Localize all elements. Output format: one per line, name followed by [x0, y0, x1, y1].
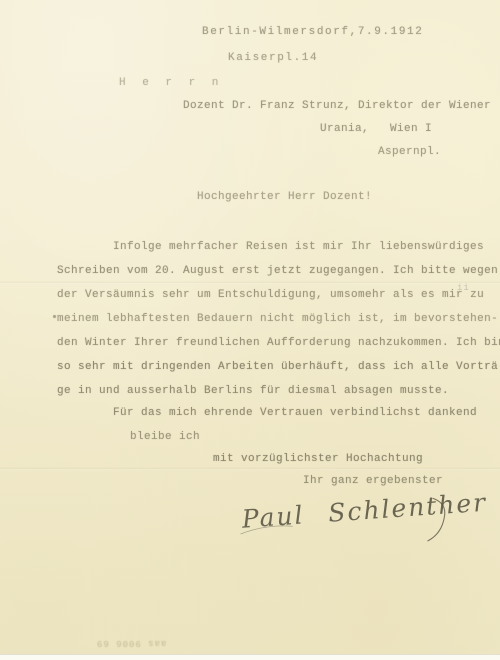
fold-crease-lower [0, 467, 500, 471]
recipient-name-line: Dozent Dr. Franz Strunz, Direktor der Wi… [183, 100, 491, 112]
closing-line-2: bleibe ich [130, 431, 200, 443]
salutation: Hochgeehrter Herr Dozent! [197, 191, 372, 203]
body-line-7: ge in und ausserhalb Berlins für diesmal… [57, 385, 449, 397]
margin-dot-mark [53, 315, 56, 318]
letter-scan: Berlin-Wilmersdorf,7.9.1912 Kaiserpl.14 … [0, 0, 500, 660]
dateline: Berlin-Wilmersdorf,7.9.1912 [202, 26, 423, 38]
pencil-inventory-note: aas 9006 69 [96, 638, 166, 648]
margin-tick-mark: ii [457, 283, 470, 293]
scan-bottom-edge [0, 654, 500, 660]
sender-address-line: Kaiserpl.14 [228, 52, 318, 64]
closing-line-3: mit vorzüglichster Hochachtung [213, 453, 423, 465]
body-line-2: Schreiben vom 20. August erst jetzt zuge… [57, 265, 498, 277]
body-line-4: meinem lebhaftesten Bedauern nicht mögli… [57, 313, 498, 325]
signature: Paul Schlenther [238, 486, 468, 548]
body-line-1: Infolge mehrfacher Reisen ist mir Ihr li… [113, 241, 484, 253]
fold-crease-upper [0, 281, 500, 285]
body-line-3: der Versäumnis sehr um Entschuldigung, u… [57, 289, 484, 301]
recipient-org-line: Urania, Wien I [320, 123, 432, 135]
recipient-prefix: H e r r n [119, 77, 223, 89]
signature-text: Paul Schlenther [240, 488, 488, 534]
closing-line-1: Für das mich ehrende Vertrauen verbindli… [113, 407, 477, 419]
body-line-5: den Winter Ihrer freundlichen Aufforderu… [57, 337, 500, 349]
body-line-6: so sehr mit dringenden Arbeiten überhäuf… [57, 361, 500, 373]
recipient-street-line: Aspernpl. [378, 146, 441, 158]
